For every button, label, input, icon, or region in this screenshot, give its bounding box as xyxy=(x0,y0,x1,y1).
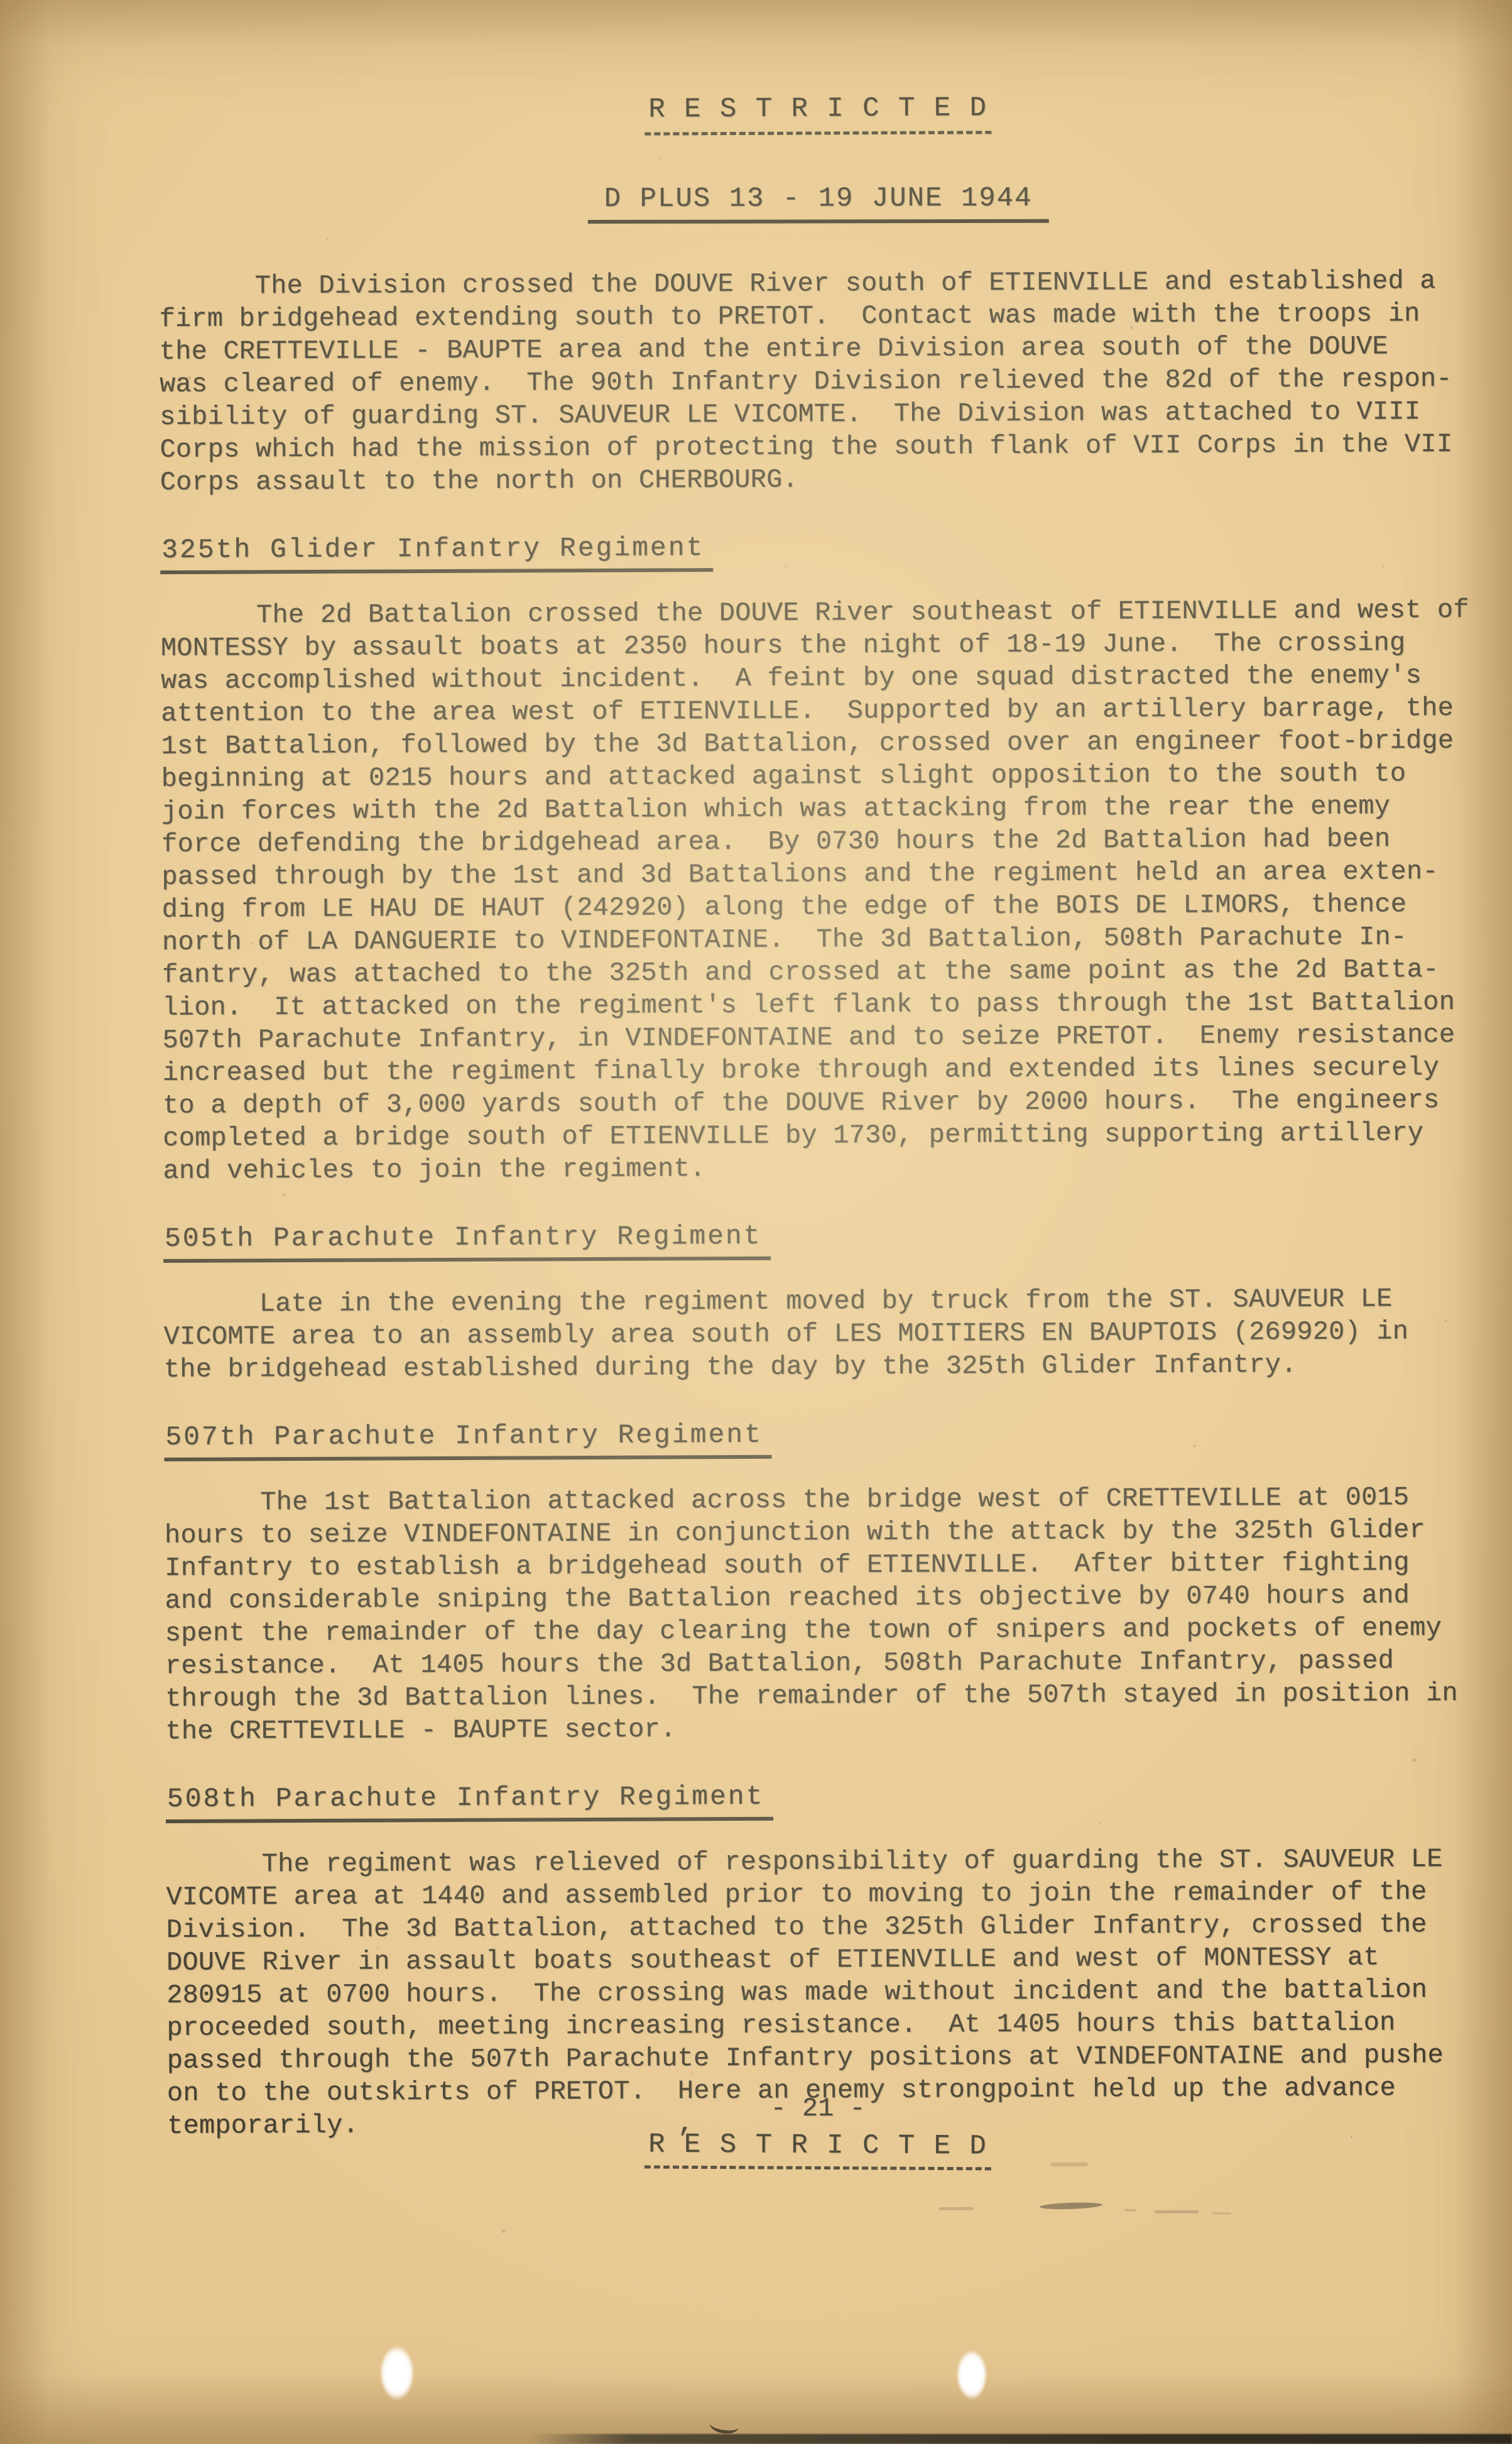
intro-paragraph: The Division crossed the DOUVE River sou… xyxy=(159,265,1479,499)
page-title: D PLUS 13 - 19 JUNE 1944 xyxy=(588,181,1049,224)
scan-dash-mark xyxy=(1212,2212,1231,2215)
paper-specks xyxy=(0,0,2,2)
scan-dash-mark xyxy=(1040,2201,1102,2210)
classification-footer: R E S T R I C T E D xyxy=(645,2129,991,2171)
classification-footer-row: R E S T R I C T E D xyxy=(158,2130,1477,2169)
bottom-edge-smudge xyxy=(531,2434,1512,2444)
punch-hole-left xyxy=(379,2345,415,2401)
section-508th: 508th Parachute Infantry Regiment The re… xyxy=(166,1776,1486,2142)
document-page: R E S T R I C T E D D PLUS 13 - 19 JUNE … xyxy=(0,0,1512,2444)
scan-dash-mark xyxy=(1155,2210,1199,2213)
classification-header-row: R E S T R I C T E D xyxy=(158,89,1477,138)
section-heading-325th: 325th Glider Infantry Regiment xyxy=(160,530,713,574)
document-content: R E S T R I C T E D D PLUS 13 - 19 JUNE … xyxy=(158,89,1486,2142)
scan-dash-mark xyxy=(1050,2163,1088,2166)
punch-hole-right xyxy=(956,2350,987,2400)
section-heading-505th: 505th Parachute Infantry Regiment xyxy=(163,1219,771,1263)
classification-header: R E S T R I C T E D xyxy=(645,90,991,135)
page-title-row: D PLUS 13 - 19 JUNE 1944 xyxy=(159,178,1478,226)
scan-dash-mark xyxy=(939,2207,974,2210)
section-heading-508th: 508th Parachute Infantry Regiment xyxy=(166,1779,773,1823)
page-number: - 21 - xyxy=(158,2093,1477,2124)
scan-dash-mark xyxy=(1124,2209,1136,2212)
section-507th: 507th Parachute Infantry Regiment The 1s… xyxy=(164,1414,1484,1748)
section-paragraph-507th: The 1st Battalion attacked across the br… xyxy=(165,1481,1485,1748)
section-paragraph-505th: Late in the evening the regiment moved b… xyxy=(163,1282,1483,1386)
section-heading-507th: 507th Parachute Infantry Regiment xyxy=(164,1417,771,1461)
bottom-pen-mark xyxy=(709,2416,739,2435)
section-325th: 325th Glider Infantry Regiment The 2d Ba… xyxy=(160,527,1482,1187)
section-505th: 505th Parachute Infantry Regiment Late i… xyxy=(163,1216,1483,1386)
section-paragraph-325th: The 2d Battalion crossed the DOUVE River… xyxy=(161,594,1482,1187)
